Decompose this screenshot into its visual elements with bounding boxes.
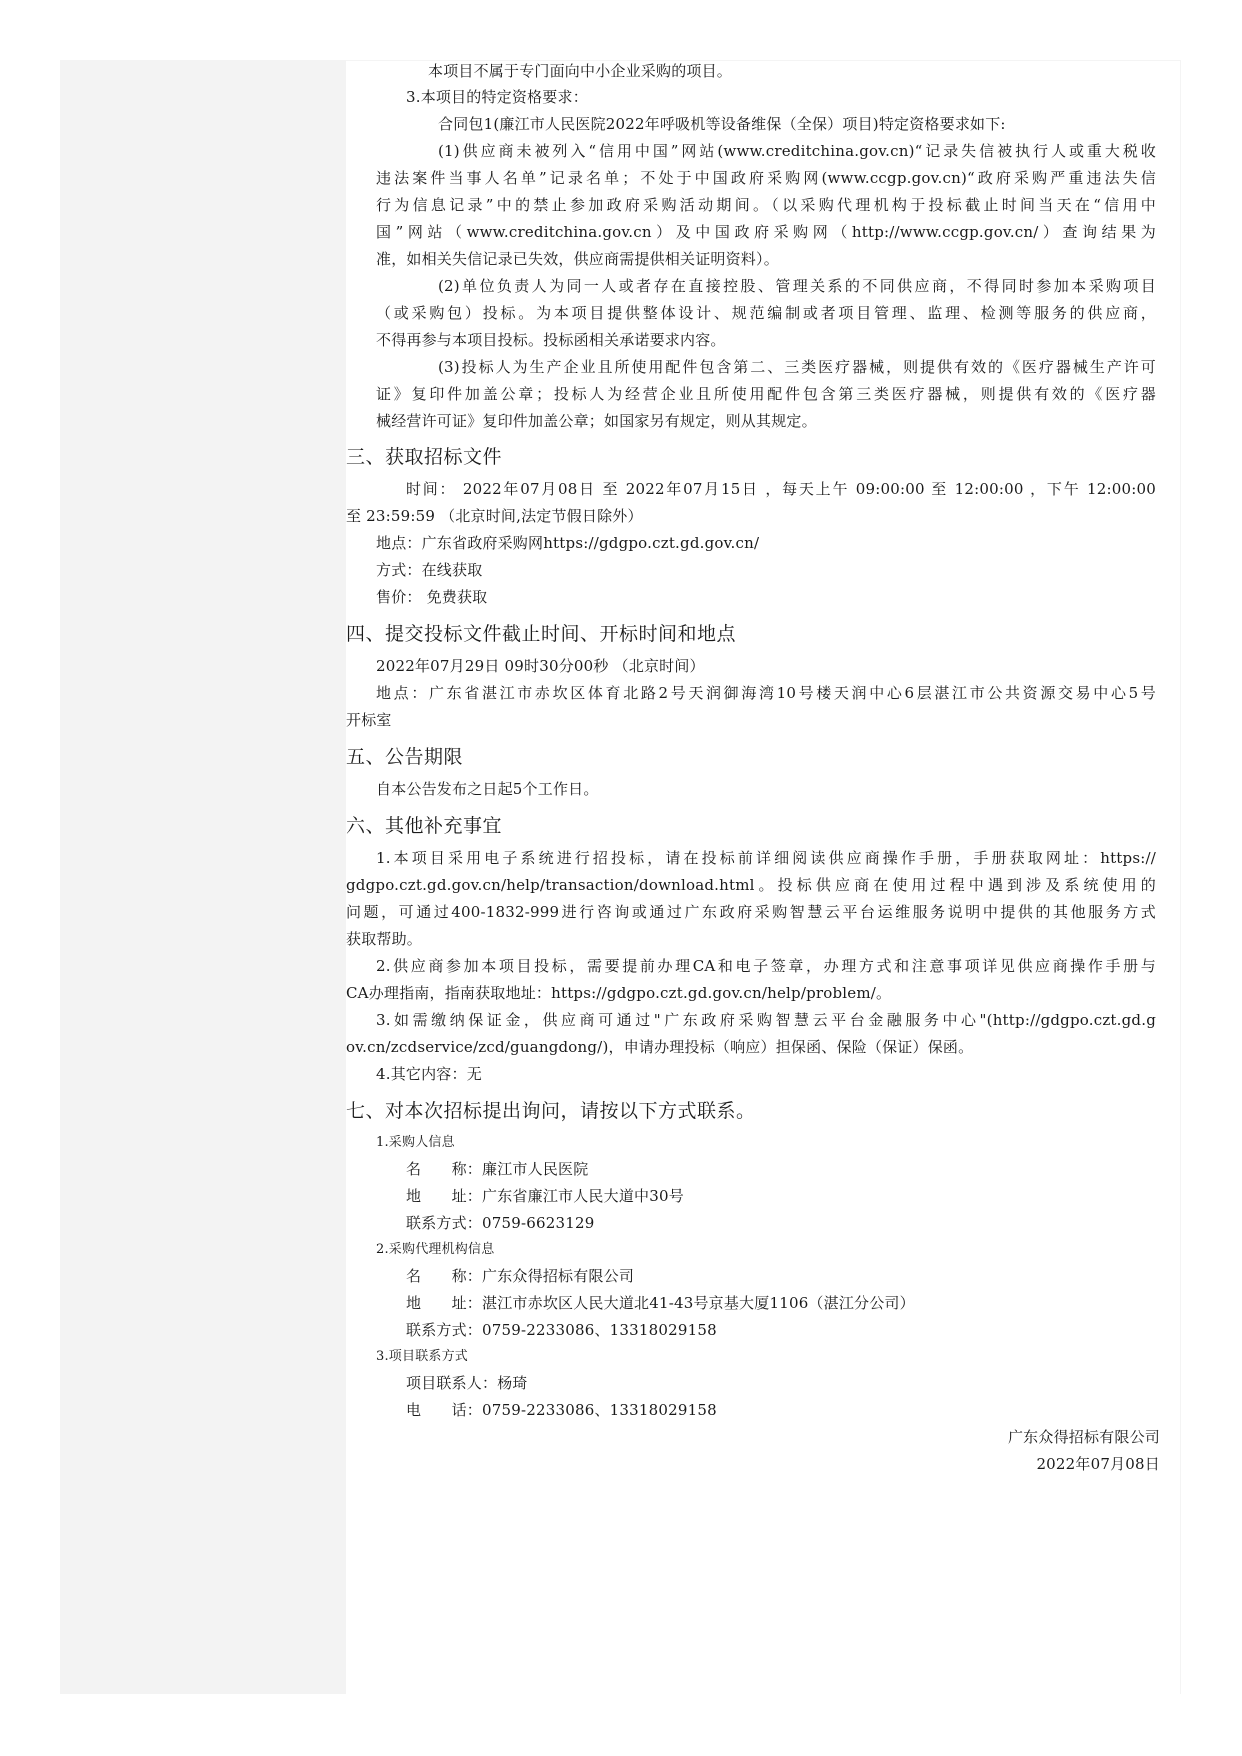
req1-line: 准，如相关失信记录已失效，供应商需提供相关证明资料）。 [376,249,779,269]
project-phone-row: 电 话：0759-2233086、13318029158 [406,1400,717,1420]
req3-line: 械经营许可证》复印件加盖公章；如国家另有规定，则从其规定。 [376,411,817,431]
agency-title: 2.采购代理机构信息 [376,1241,494,1259]
req2-line: （或采购包）投标。为本项目提供整体设计、规范编制或者项目管理、监理、检测等服务的… [376,303,1156,323]
purchaser-address-row: 地 址：广东省廉江市人民大道中30号 [406,1186,684,1206]
acquire-time-line: 时间： 2022年07月08日 至 2022年07月15日 ，每天上午 09:0… [376,479,1156,499]
req1-line: (1)供应商未被列入“信用中国”网站(www.creditchina.gov.c… [376,141,1156,161]
req1-line: 行为信息记录”中的禁止参加政府采购活动期间。（以采购代理机构于投标截止时间当天在… [376,195,1156,215]
agency-name-row: 名 称：广东众得招标有限公司 [406,1266,634,1286]
section4-heading: 四、提交投标文件截止时间、开标时间和地点 [346,622,736,646]
purchaser-name: 廉江市人民医院 [482,1160,588,1178]
agency-address: 湛江市赤坎区人民大道北41-43号京基大厦1106（湛江分公司） [482,1294,915,1312]
acquire-time-line: 至 23:59:59 （北京时间,法定节假日除外） [346,506,643,526]
project-contact-title: 3.项目联系方式 [376,1348,468,1366]
req3-line: (3)投标人为生产企业且所使用配件包含第二、三类医疗器械，则提供有效的《医疗器械… [376,357,1156,377]
bid-deadline: 2022年07月29日 09时30分00秒 （北京时间） [376,656,705,676]
signature-date: 2022年07月08日 [1036,1454,1160,1474]
project-person-row: 项目联系人：杨琦 [406,1373,528,1393]
phone-label: 电 话： [406,1400,482,1420]
purchaser-title: 1.采购人信息 [376,1134,455,1152]
req1-line: 违法案件当事人名单”记录名单；不处于中国政府采购网(www.ccgp.gov.c… [376,168,1156,188]
not-sme-text: 本项目不属于专门面向中小企业采购的项目。 [428,61,732,81]
address-label: 地 址： [406,1186,482,1206]
project-phone: 0759-2233086、13318029158 [482,1401,717,1419]
supplement-item4: 4.其它内容：无 [376,1064,482,1084]
package-intro: 合同包1(廉江市人民医院2022年呼吸机等设备维保（全保）项目)特定资格要求如下… [438,114,1006,134]
signature-company: 广东众得招标有限公司 [1008,1427,1160,1447]
acquire-price: 售价： 免费获取 [376,587,487,607]
special-qualification-title: 3.本项目的特定资格要求： [406,87,588,107]
supplement-item3-line: ov.cn/zcdservice/zcd/guangdong/)，申请办理投标（… [346,1037,973,1057]
contact-label: 联系方式： [406,1320,482,1340]
acquire-place: 地点：广东省政府采购网https://gdgpo.czt.gd.gov.cn/ [376,533,759,553]
purchaser-address: 广东省廉江市人民大道中30号 [482,1187,684,1205]
purchaser-contact-row: 联系方式：0759-6623129 [406,1213,594,1233]
supplement-item3-line: 3.如需缴纳保证金，供应商可通过"广东政府采购智慧云平台金融服务中心"(http… [346,1010,1156,1030]
req2-line: 不得再参与本项目投标。投标函相关承诺要求内容。 [376,330,726,350]
req1-line: 国”网站（www.creditchina.gov.cn）及中国政府采购网（htt… [376,222,1156,242]
name-label: 名 称： [406,1159,482,1179]
document-page: 本项目不属于专门面向中小企业采购的项目。 3.本项目的特定资格要求： 合同包1(… [346,60,1181,1694]
name-label: 名 称： [406,1266,482,1286]
notice-period: 自本公告发布之日起5个工作日。 [376,779,599,799]
req2-line: (2)单位负责人为同一人或者存在直接控股、管理关系的不同供应商，不得同时参加本采… [376,276,1156,296]
req3-line: 证》复印件加盖公章；投标人为经营企业且所使用配件包含第三类医疗器械，则提供有效的… [376,384,1156,404]
bid-place-line: 开标室 [346,710,392,730]
agency-address-row: 地 址：湛江市赤坎区人民大道北41-43号京基大厦1106（湛江分公司） [406,1293,915,1313]
acquire-method: 方式：在线获取 [376,560,482,580]
person-label: 项目联系人： [406,1373,497,1393]
address-label: 地 址： [406,1293,482,1313]
page-thumbnail-panel [60,60,346,1694]
section3-heading: 三、获取招标文件 [346,445,502,469]
purchaser-contact: 0759-6623129 [482,1214,594,1232]
section5-heading: 五、公告期限 [346,745,463,769]
bid-place-line: 地点：广东省湛江市赤坎区体育北路2号天润御海湾10号楼天润中心6层湛江市公共资源… [346,683,1156,703]
agency-contact-row: 联系方式：0759-2233086、13318029158 [406,1320,717,1340]
supplement-item1-line: 获取帮助。 [346,929,422,949]
purchaser-name-row: 名 称：廉江市人民医院 [406,1159,588,1179]
agency-name: 广东众得招标有限公司 [482,1267,634,1285]
section6-heading: 六、其他补充事宜 [346,814,502,838]
project-person: 杨琦 [497,1374,527,1392]
contact-label: 联系方式： [406,1213,482,1233]
supplement-item1-line: gdgpo.czt.gd.gov.cn/help/transaction/dow… [346,875,1156,895]
section7-heading: 七、对本次招标提出询问，请按以下方式联系。 [346,1099,756,1123]
supplement-item1-line: 1.本项目采用电子系统进行招投标，请在投标前详细阅读供应商操作手册，手册获取网址… [346,848,1156,868]
supplement-item2-line: 2.供应商参加本项目投标，需要提前办理CA和电子签章，办理方式和注意事项详见供应… [346,956,1156,976]
supplement-item2-line: CA办理指南，指南获取地址：https://gdgpo.czt.gd.gov.c… [346,983,891,1003]
supplement-item1-line: 问题，可通过400-1832-999进行咨询或通过广东政府采购智慧云平台运维服务… [346,902,1156,922]
agency-contact: 0759-2233086、13318029158 [482,1321,717,1339]
